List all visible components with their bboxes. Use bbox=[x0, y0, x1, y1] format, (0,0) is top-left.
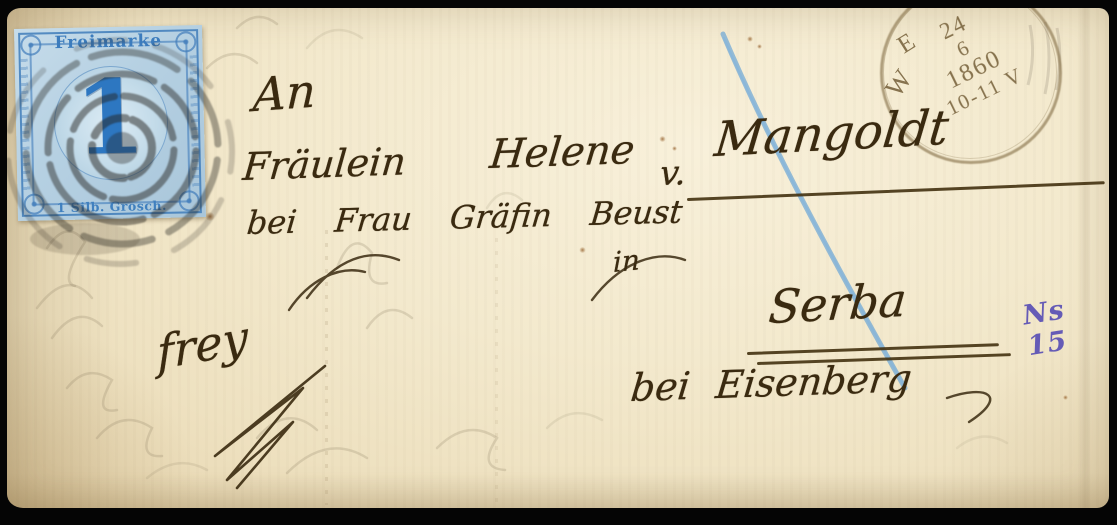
address-first-name: Helene bbox=[488, 127, 637, 178]
envelope: W E 24 6 1860 10-11 V Freimarke 1 1 Silb… bbox=[7, 8, 1109, 508]
address-destination: Serba bbox=[767, 273, 909, 335]
foxing-spot bbox=[1063, 395, 1068, 400]
foxing-spot bbox=[659, 136, 666, 142]
address-salutation: An bbox=[252, 63, 317, 122]
ring-cancellation bbox=[7, 24, 245, 274]
address-nobiliary: v. bbox=[659, 153, 688, 194]
photo-stage: W E 24 6 1860 10-11 V Freimarke 1 1 Silb… bbox=[0, 0, 1117, 525]
address-preposition: in bbox=[613, 243, 640, 279]
address-courtesy: Fräulein bbox=[241, 139, 408, 189]
foxing-spot bbox=[757, 44, 762, 49]
collector-note: Ns 15 bbox=[1021, 288, 1109, 362]
fold-crease bbox=[495, 238, 498, 503]
franking-paraph-flourish bbox=[175, 360, 355, 490]
fold-crease bbox=[1079, 8, 1091, 508]
foxing-spot bbox=[672, 146, 677, 151]
foxing-spot bbox=[747, 36, 753, 42]
foxing-spot bbox=[579, 247, 586, 253]
